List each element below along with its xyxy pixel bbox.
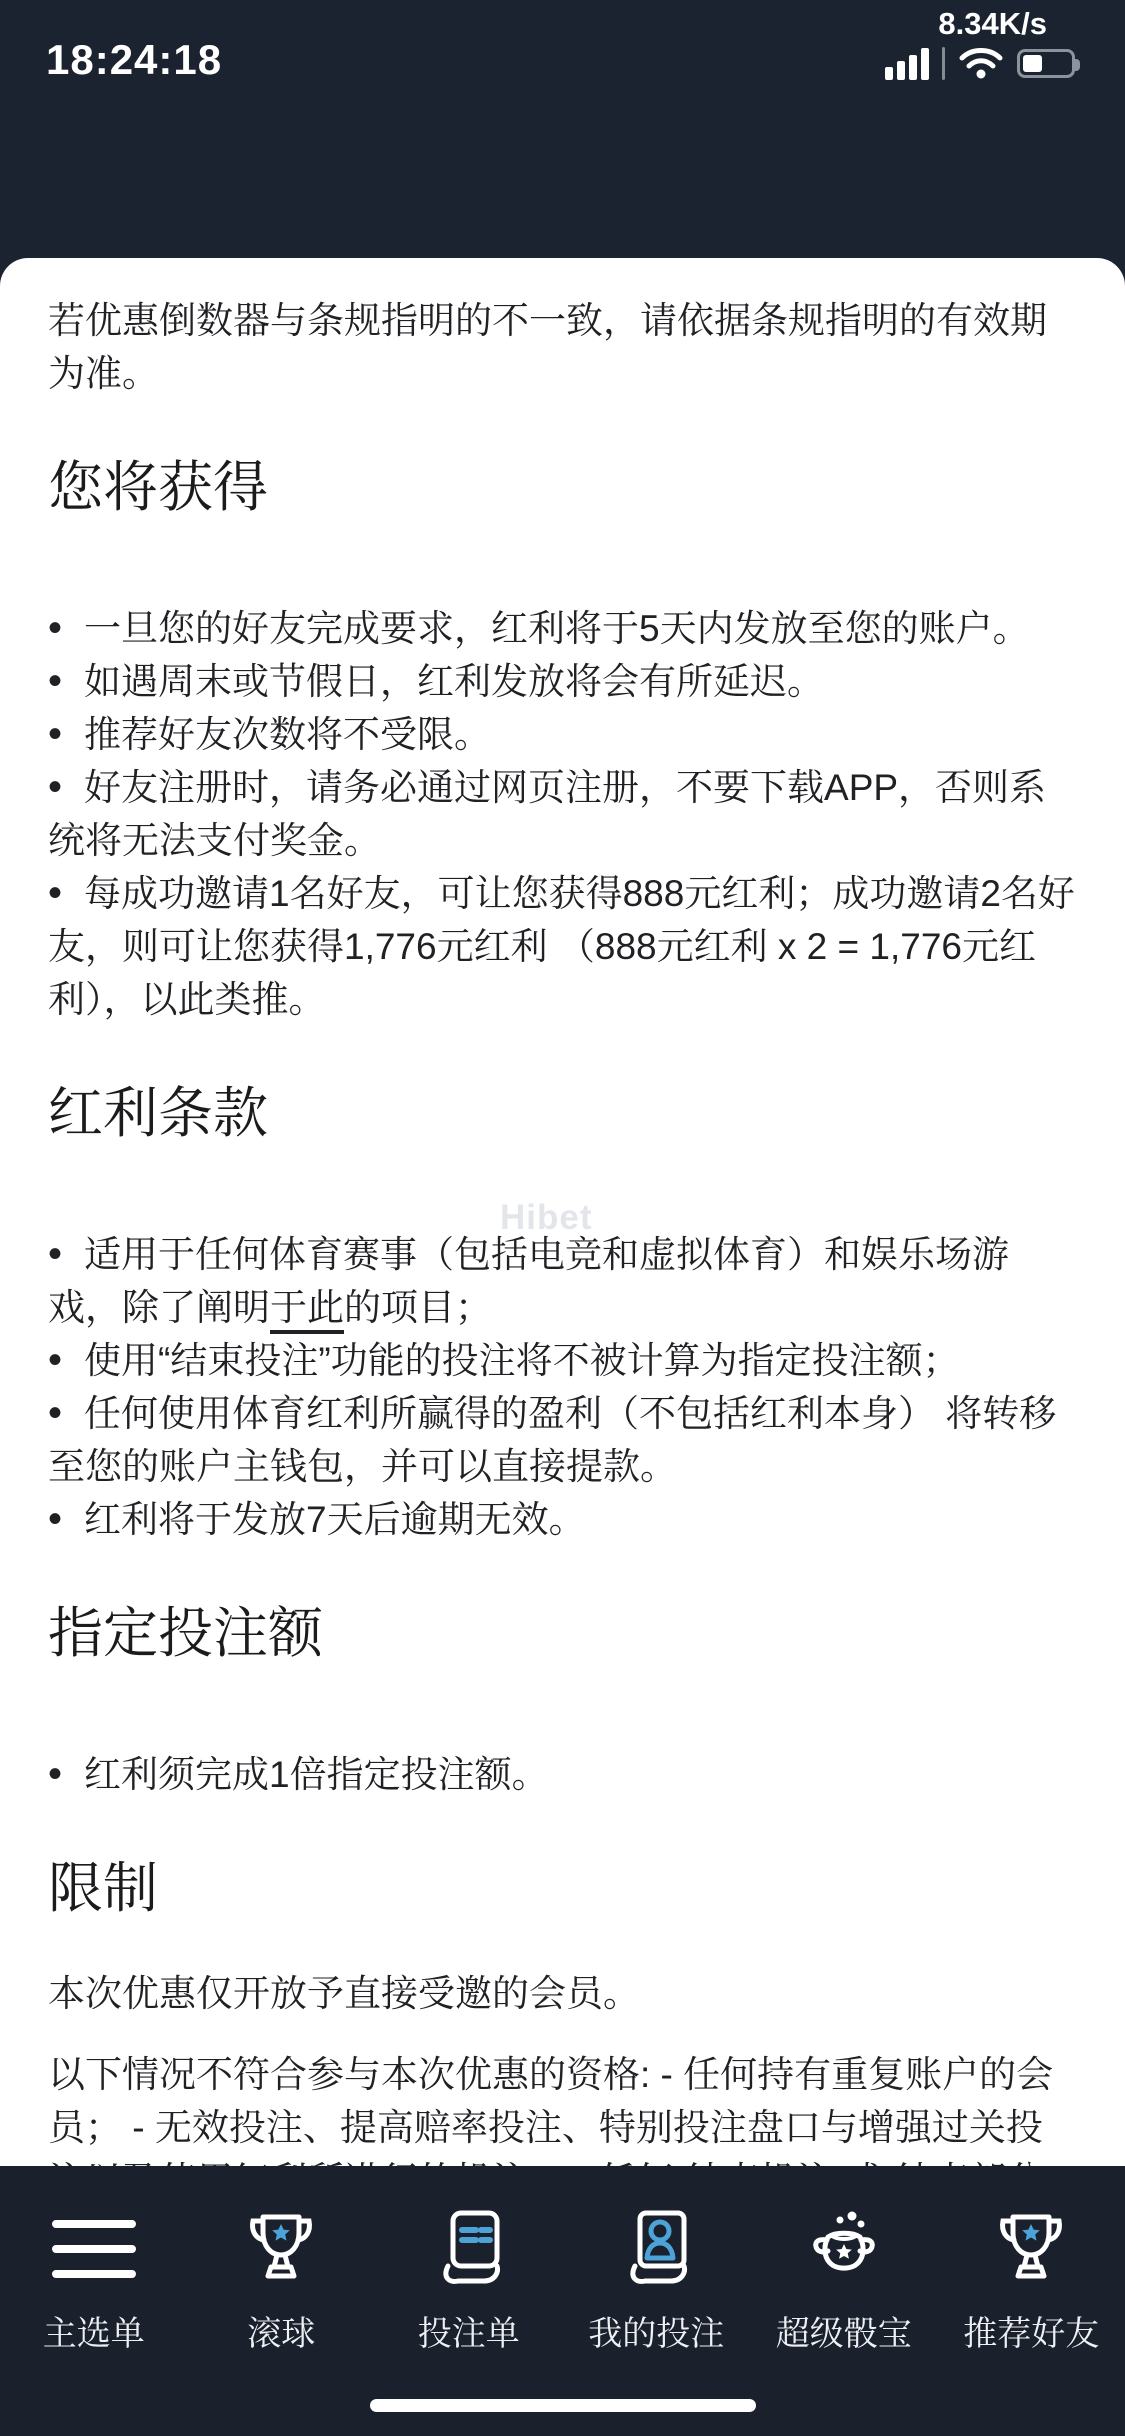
sicbo-pot-icon <box>802 2200 886 2298</box>
bullet-item: •任何使用体育红利所赢得的盈利（不包括红利本身） 将转移至您的账户主钱包，并可以… <box>48 1387 1075 1493</box>
here-link[interactable]: 于此 <box>270 1287 344 1334</box>
bullet-item: •使用“结束投注”功能的投注将不被计算为指定投注额； <box>48 1334 1075 1387</box>
intro-paragraph: 若优惠倒数器与条规指明的不一致，请依据条规指明的有效期为准。 <box>48 294 1075 400</box>
bullet-marker: • <box>48 1497 62 1541</box>
nav-label: 滚球 <box>247 2306 315 2355</box>
bullet-marker: • <box>48 1232 62 1276</box>
nav-item-live-betting[interactable]: 滚球 <box>188 2166 376 2436</box>
restriction-paragraph: 本次优惠仅开放予直接受邀的会员。 <box>48 1967 1075 2020</box>
bullet-item: •推荐好友次数将不受限。 <box>48 708 1075 761</box>
section-heading-restrictions: 限制 <box>48 1857 1075 1919</box>
bullet-item: •红利将于发放7天后逾期无效。 <box>48 1493 1075 1546</box>
section-heading-turnover: 指定投注额 <box>48 1602 1075 1664</box>
clock-time: 18:24:18 <box>46 36 222 84</box>
wifi-icon <box>958 45 1004 81</box>
bullet-marker: • <box>48 765 62 809</box>
app-screen: 18:24:18 8.34K/s <box>0 0 1125 2436</box>
bullet-marker: • <box>48 871 62 915</box>
nav-label: 我的投注 <box>588 2306 724 2355</box>
cellular-signal-icon <box>885 47 929 80</box>
nav-item-refer-friends[interactable]: 推荐好友 <box>938 2166 1125 2436</box>
nav-item-bet-slip[interactable]: 投注单 <box>375 2166 563 2436</box>
bullet-item: •每成功邀请1名好友，可让您获得888元红利；成功邀请2名好友，则可让您获得1,… <box>48 867 1075 1026</box>
nav-item-main-menu[interactable]: 主选单 <box>0 2166 188 2436</box>
nav-label: 投注单 <box>418 2306 520 2355</box>
bullet-marker: • <box>48 606 62 650</box>
bullet-marker: • <box>48 1391 62 1435</box>
bottom-nav: 主选单 滚球 <box>0 2166 1125 2436</box>
nav-item-super-sicbo[interactable]: 超级骰宝 <box>750 2166 938 2436</box>
bullet-marker: • <box>48 1338 62 1382</box>
section-heading-bonus-terms: 红利条款 <box>48 1082 1075 1144</box>
nav-label: 推荐好友 <box>963 2306 1099 2355</box>
bullet-item: •如遇周末或节假日，红利发放将会有所延迟。 <box>48 655 1075 708</box>
menu-icon <box>48 2200 140 2298</box>
bullet-item: •适用于任何体育赛事（包括电竞和虚拟体育）和娱乐场游戏，除了阐明于此的项目； <box>48 1228 1075 1334</box>
section-heading-you-will-get: 您将获得 <box>48 456 1075 518</box>
bullet-marker: • <box>48 712 62 756</box>
signal-divider <box>942 47 945 80</box>
header-bar: ¥0.00 ¥0.00 1 存款 <box>0 140 1125 260</box>
bullet-marker: • <box>48 659 62 703</box>
trophy-icon <box>241 2200 321 2298</box>
bullet-marker: • <box>48 1752 62 1796</box>
trophy-icon <box>991 2200 1071 2298</box>
betslip-icon <box>427 2200 511 2298</box>
nav-label: 超级骰宝 <box>776 2306 912 2355</box>
nav-item-my-bets[interactable]: 我的投注 <box>563 2166 751 2436</box>
promo-terms-scroll[interactable]: 若优惠倒数器与条规指明的不一致，请依据条规指明的有效期为准。 您将获得 •一旦您… <box>0 258 1125 2436</box>
bullet-item: •红利须完成1倍指定投注额。 <box>48 1748 1075 1801</box>
my-bets-icon <box>614 2200 698 2298</box>
nav-label: 主选单 <box>43 2306 145 2355</box>
battery-icon <box>1017 49 1075 78</box>
status-bar: 18:24:18 8.34K/s <box>0 0 1125 110</box>
home-indicator <box>370 2399 756 2412</box>
bullet-item: •好友注册时，请务必通过网页注册，不要下载APP，否则系统将无法支付奖金。 <box>48 761 1075 867</box>
bullet-item: •一旦您的好友完成要求，红利将于5天内发放至您的账户。 <box>48 602 1075 655</box>
network-speed: 8.34K/s <box>938 6 1047 42</box>
